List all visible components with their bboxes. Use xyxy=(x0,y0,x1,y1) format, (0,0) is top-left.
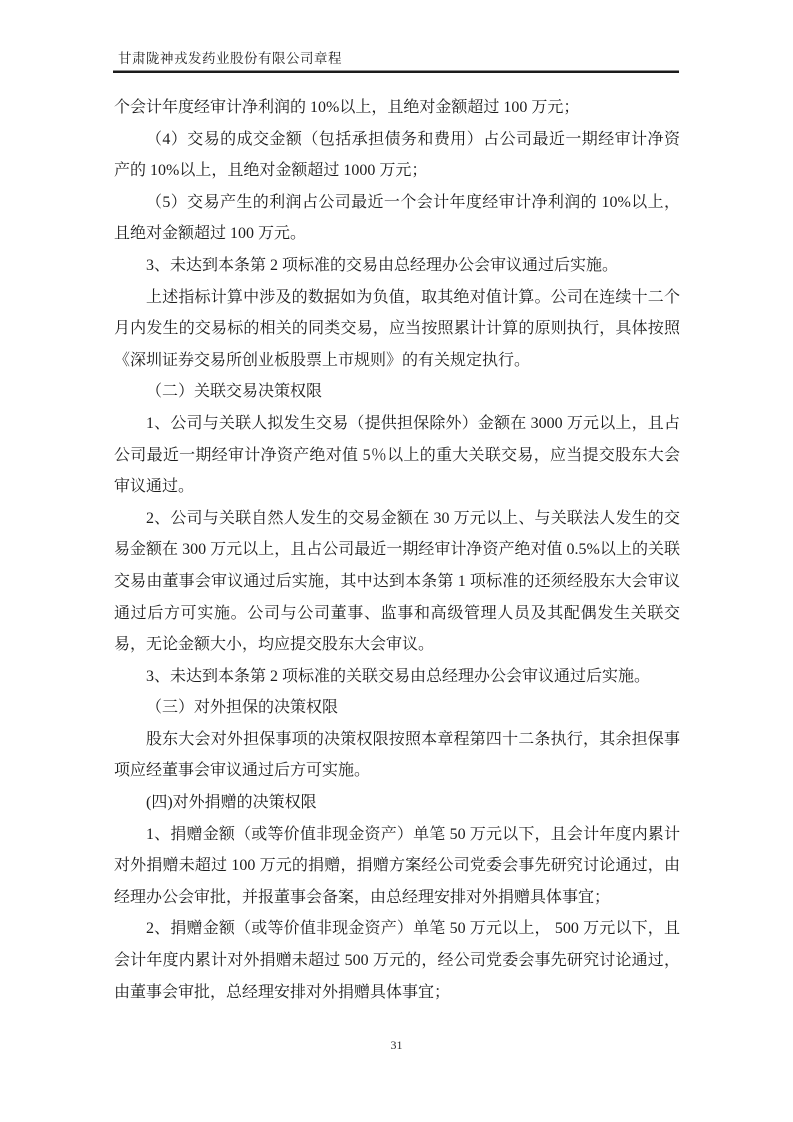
paragraph: 个会计年度经审计净利润的 10%以上，且绝对金额超过 100 万元； xyxy=(114,92,680,124)
document-title: 甘肃陇神戎发药业股份有限公司章程 xyxy=(113,50,679,68)
document-page: 甘肃陇神戎发药业股份有限公司章程 个会计年度经审计净利润的 10%以上，且绝对金… xyxy=(0,0,793,1122)
page-number: 31 xyxy=(0,1038,793,1053)
paragraph: 2、捐赠金额（或等价值非现金资产）单笔 50 万元以上， 500 万元以下，且会… xyxy=(114,913,680,1008)
paragraph: （4）交易的成交金额（包括承担债务和费用）占公司最近一期经审计净资产的 10%以… xyxy=(114,124,680,187)
paragraph: 2、公司与关联自然人发生的交易金额在 30 万元以上、与关联法人发生的交易金额在… xyxy=(114,503,680,661)
paragraph: 上述指标计算中涉及的数据如为负值，取其绝对值计算。公司在连续十二个月内发生的交易… xyxy=(114,282,680,377)
document-body: 个会计年度经审计净利润的 10%以上，且绝对金额超过 100 万元； （4）交易… xyxy=(114,92,680,1008)
section-heading: （三）对外担保的决策权限 xyxy=(114,692,680,724)
paragraph: 股东大会对外担保事项的决策权限按照本章程第四十二条执行，其余担保事项应经董事会审… xyxy=(114,724,680,787)
paragraph: （5）交易产生的利润占公司最近一个会计年度经审计净利润的 10%以上，且绝对金额… xyxy=(114,187,680,250)
paragraph: 1、捐赠金额（或等价值非现金资产）单笔 50 万元以下，且会计年度内累计对外捐赠… xyxy=(114,819,680,914)
paragraph: 3、未达到本条第 2 项标准的关联交易由总经理办公会审议通过后实施。 xyxy=(114,661,680,693)
header-divider xyxy=(113,70,679,73)
section-heading: (四)对外捐赠的决策权限 xyxy=(114,787,680,819)
paragraph: 1、公司与关联人拟发生交易（提供担保除外）金额在 3000 万元以上，且占公司最… xyxy=(114,408,680,503)
paragraph: 3、未达到本条第 2 项标准的交易由总经理办公会审议通过后实施。 xyxy=(114,250,680,282)
section-heading: （二）关联交易决策权限 xyxy=(114,376,680,408)
page-header: 甘肃陇神戎发药业股份有限公司章程 xyxy=(113,50,679,73)
